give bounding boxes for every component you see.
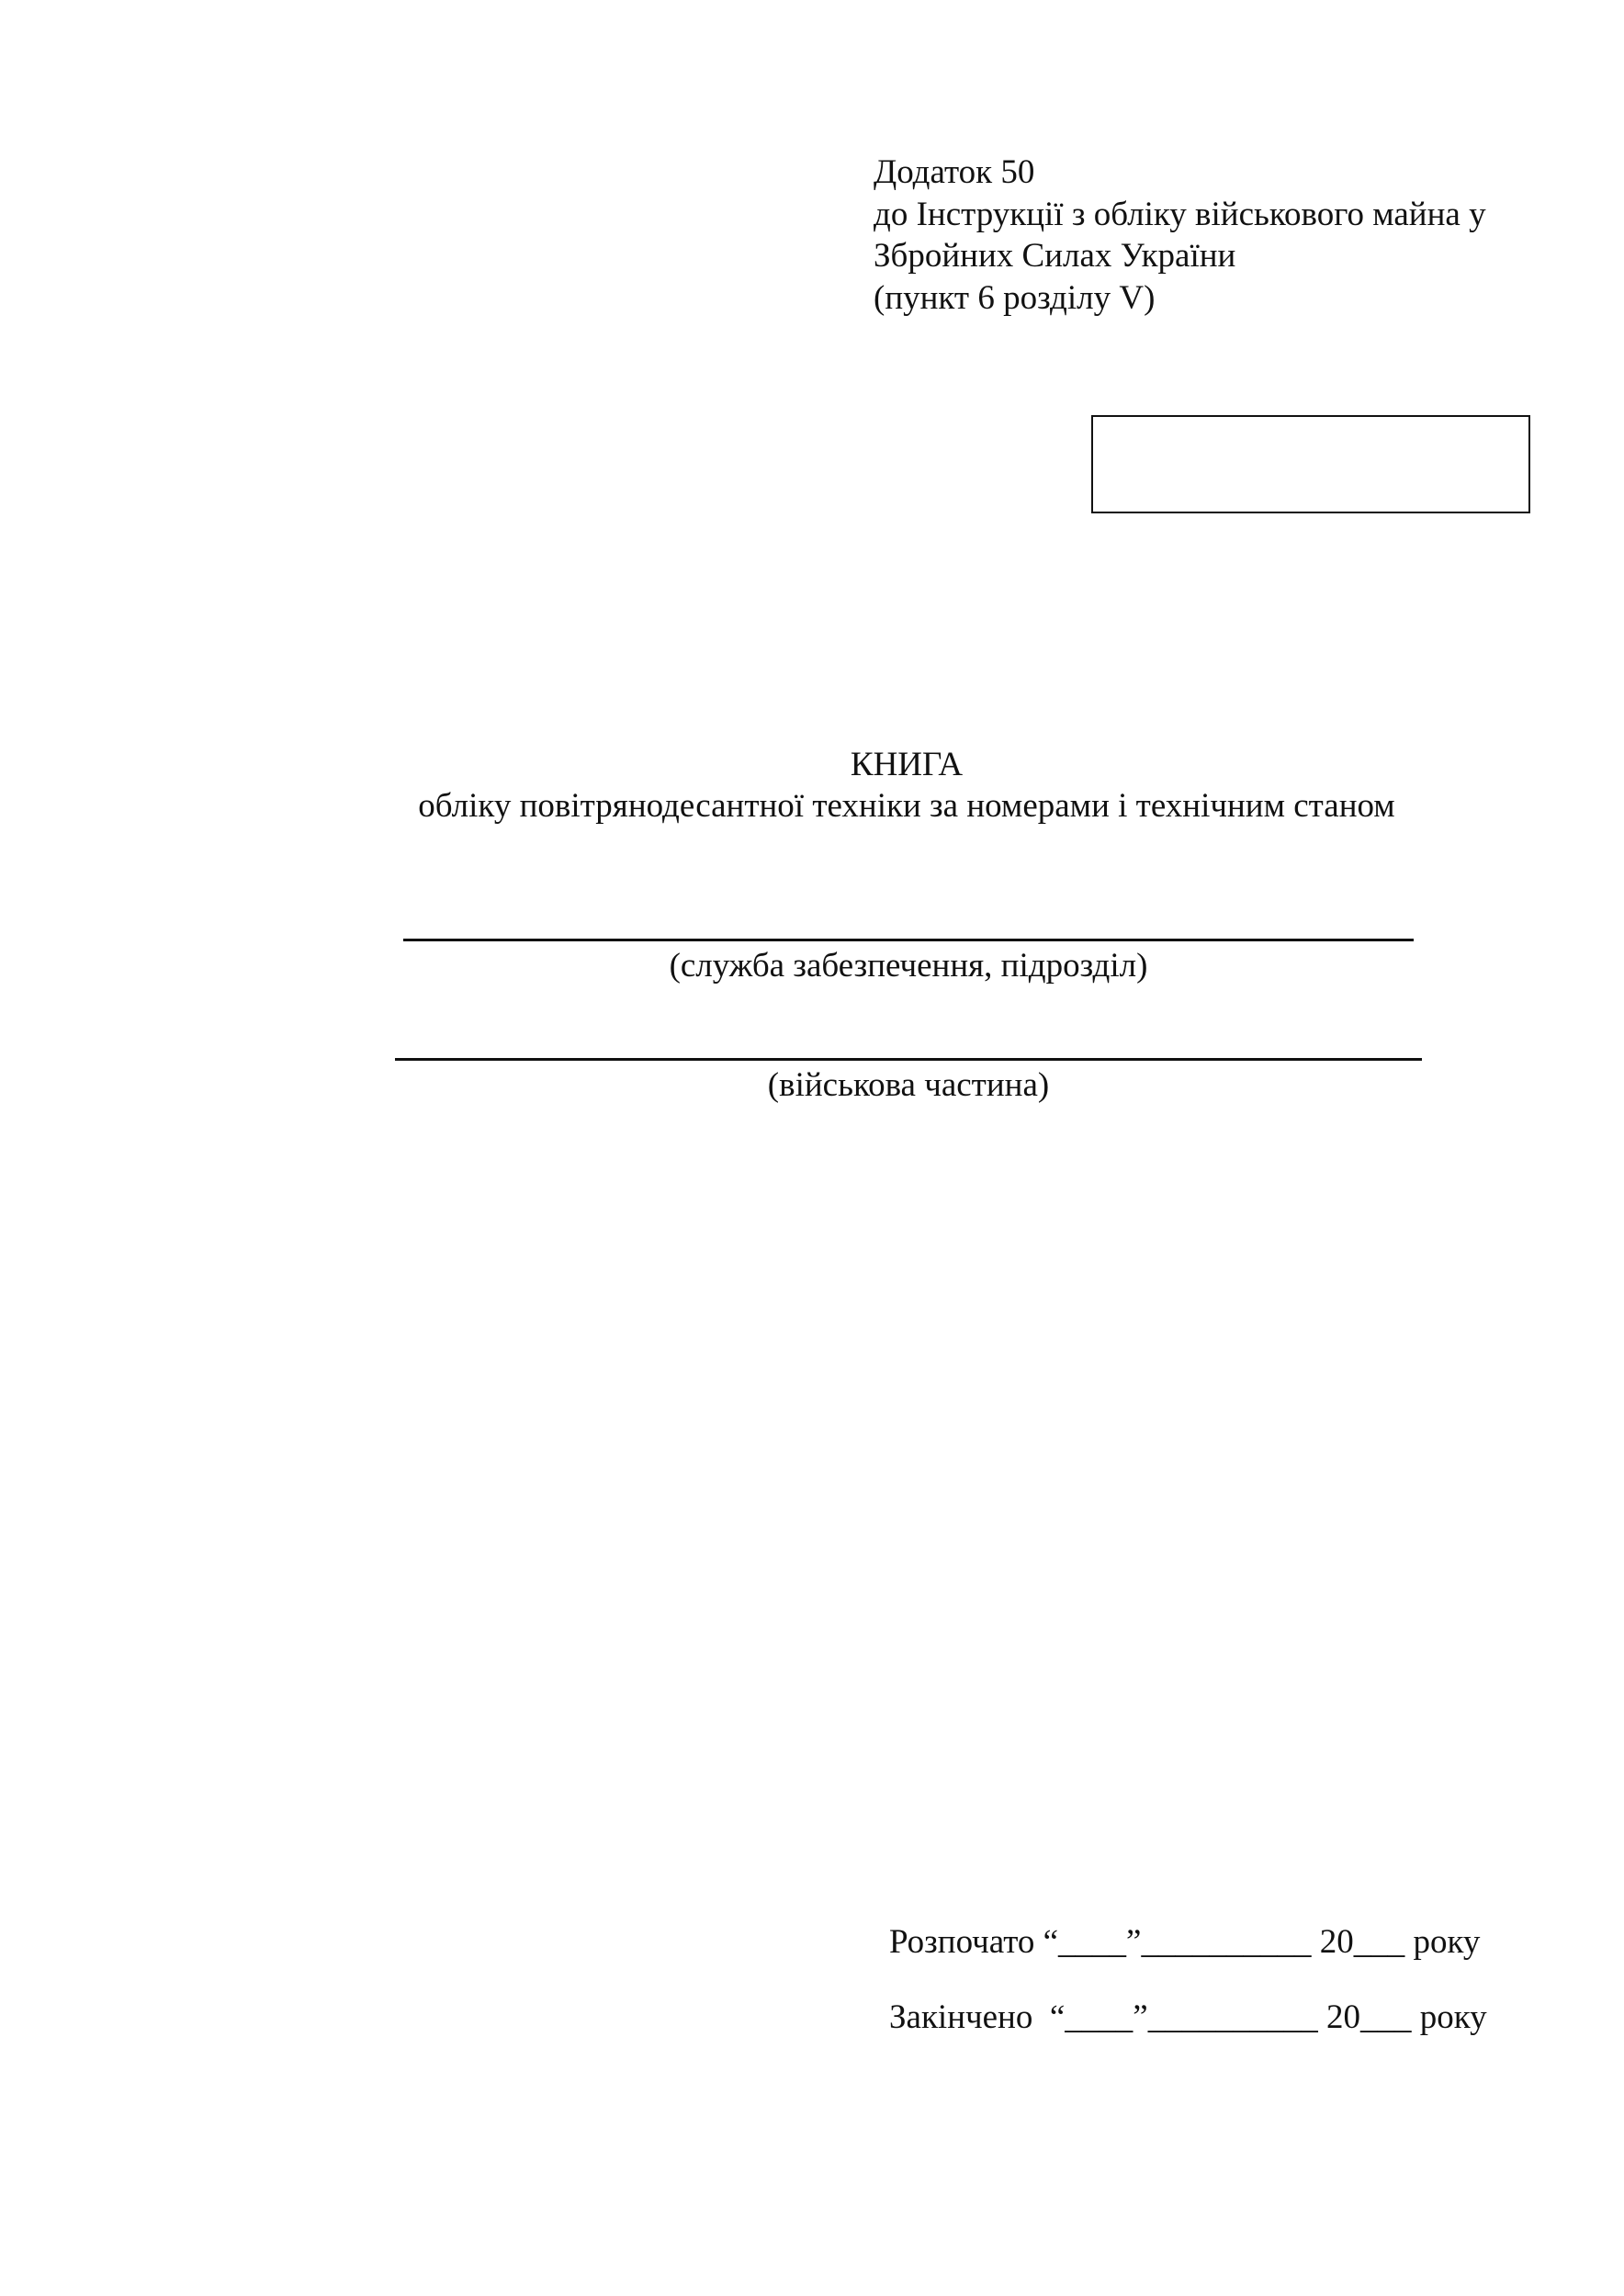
service-unit-caption: (служба забезпечення, підрозділ) xyxy=(403,948,1414,985)
registration-stamp-box xyxy=(1091,415,1530,513)
appendix-line: (пункт 6 розділу V) xyxy=(874,277,1486,320)
appendix-line: Збройних Силах України xyxy=(874,235,1486,277)
military-unit-fill-line[interactable] xyxy=(395,1058,1422,1061)
appendix-line: Додаток 50 xyxy=(874,152,1486,194)
appendix-note: Додаток 50 до Інструкції з обліку військ… xyxy=(874,152,1486,319)
document-title: КНИГА обліку повітрянодесантної техніки … xyxy=(0,744,1624,827)
date-started: Розпочато “____”__________ 20___ року xyxy=(889,1922,1480,1963)
appendix-line: до Інструкції з обліку військового майна… xyxy=(874,194,1486,236)
service-unit-fill-line[interactable] xyxy=(403,939,1414,941)
title-subtitle: обліку повітрянодесантної техніки за ном… xyxy=(95,785,1624,827)
title-heading: КНИГА xyxy=(95,744,1624,785)
date-finished: Закінчено “____”__________ 20___ року xyxy=(889,1998,1487,2038)
military-unit-caption: (військова частина) xyxy=(395,1067,1422,1104)
